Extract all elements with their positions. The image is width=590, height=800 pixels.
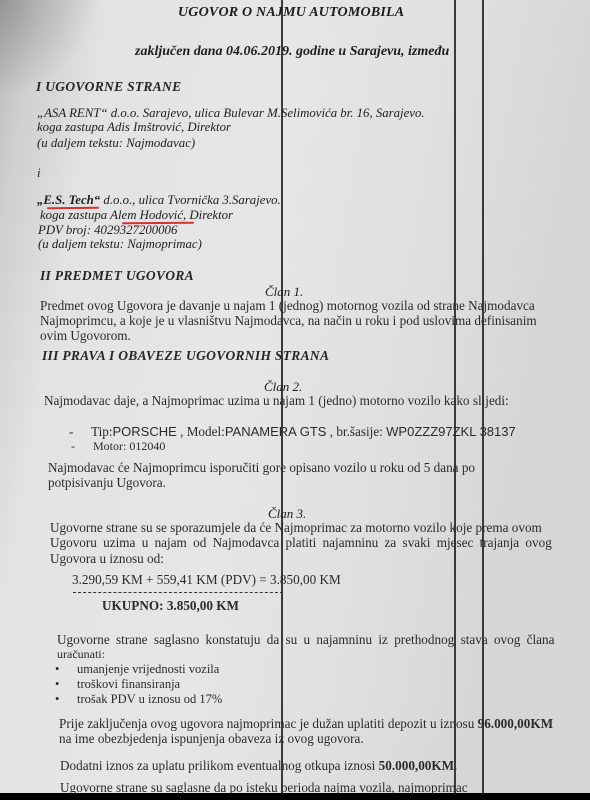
section-heading: II PREDMET UGOVORA [40,268,194,283]
party2-name: „E.S. Tech“ [37,193,100,207]
included-item: troškovi finansiranja [77,677,180,692]
section-heading: III PRAVA I OBAVEZE UGOVORNIH STRANA [42,348,329,363]
article3-line: Ugovoru uzima u najam od Najmodavca plat… [50,535,552,550]
document-subtitle: zaključen dana 04.06.2019. godine u Sara… [135,44,449,59]
vehicle-engine: Motor: 012040 [93,439,165,454]
delivery-line: potpisivanju Ugovora. [48,475,166,490]
included-item: trošak PDV u iznosu od 17% [77,692,222,707]
party2-line2: koga zastupa Alem Hodović, Direktor [40,208,233,223]
vehicle-spec: Tip:PORSCHE , Model:PANAMERA GTS , br.ša… [91,424,516,439]
party1-representative: koga zastupa Adis Imštrović, Direktor [37,120,231,135]
included-item: umanjenje vrijednosti vozila [77,662,219,677]
conjunction: i [37,166,41,181]
deposit-line: Prije zaključenja ovog ugovora najmoprim… [59,716,553,731]
rent-calculation: 3.290,59 KM + 559,41 KM (PDV) = 3.850,00… [72,572,341,587]
article3-line: Ugovora u iznosu od: [50,551,164,566]
party1-line1: „ASA RENT“ d.o.o. Sarajevo, ulica Buleva… [37,106,425,121]
buyout-line: Dodatni iznos za uplatu prilikom eventua… [60,758,457,773]
deposit-line: na ime obezbjedenja ispunjenja obaveza i… [59,731,364,746]
vehicle-chassis: WP0ZZZ97ZKL 38137 [386,424,516,439]
rent-total: UKUPNO: 3.850,00 KM [102,598,239,613]
document-title: UGOVOR O NAJMU AUTOMOBILA [178,5,404,20]
article-label: Član 3. [268,506,306,521]
party1-alias: (u daljem tekstu: Najmodavac) [37,136,195,151]
contract-page: UGOVOR O NAJMU AUTOMOBILA zaključen dana… [0,0,590,793]
article1-line: Najmoprimcu, a koje je u vlasništvu Najm… [40,313,537,328]
separator-line [73,592,283,593]
article2-intro: Najmodavac daje, a Najmoprimac uzima u n… [44,393,509,408]
vehicle-make: PORSCHE [113,424,177,439]
vehicle-model: PANAMERA GTS [225,424,327,439]
party2-vat-number: PDV broj: 4029327200006 [38,223,177,238]
article-label: Član 2. [264,379,302,394]
party2-line1: „E.S. Tech“ d.o.o., ulica Tvornička 3.Sa… [37,193,281,208]
delivery-line: Najmodavac će Najmoprimcu isporučiti gor… [48,460,475,475]
article-label: Član 1. [265,284,303,299]
article3-line: Ugovorne strane su se sporazumjele da će… [50,520,542,535]
final-line: Ugovorne strane su saglasne da po isteku… [60,780,468,793]
buyout-amount: 50.000,00KM [379,758,454,773]
party2-alias: (u daljem tekstu: Najmoprimac) [38,237,202,252]
included-intro: uračunati: [57,647,105,662]
article1-line: Predmet ovog Ugovora je davanje u najam … [40,298,535,313]
section-heading: I UGOVORNE STRANE [36,79,181,94]
deposit-amount: 96.000,00KM [478,716,553,731]
party2-representative: Alem Hodović [110,208,183,222]
article1-line: ovim Ugovorom. [40,328,131,343]
included-intro: Ugovorne strane saglasno konstatuju da s… [57,632,554,647]
party2-address: d.o.o., ulica Tvornička 3.Sarajevo. [100,193,281,207]
